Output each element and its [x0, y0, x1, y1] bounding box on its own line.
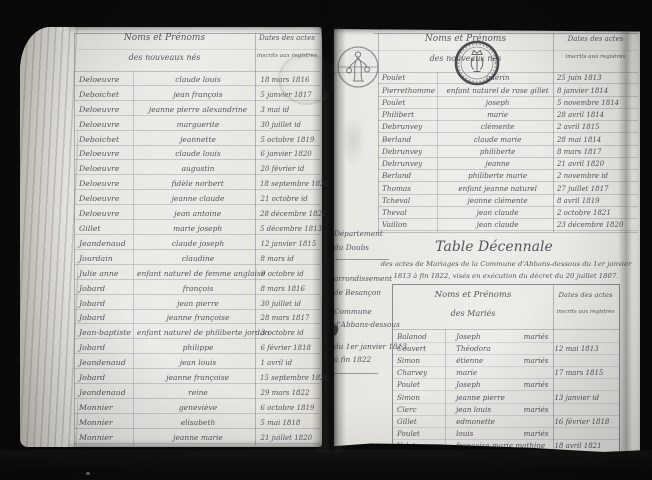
table-row: Debrunveyjeanne21 avril 1820	[378, 158, 638, 170]
table-row: Jobardjeanne françoise15 septembre 1820	[74, 369, 320, 384]
table-row: Jean-baptisteenfant naturel de philibert…	[74, 324, 320, 339]
book-edge	[20, 27, 78, 447]
surname-cell: Deloeuvre	[74, 194, 138, 203]
surname-cell: Monnier	[74, 433, 138, 442]
table-row: Deloeuvreclaude louis6 janvier 1820	[74, 146, 320, 161]
table-row: Berlandphiliberte marie2 novembre id	[378, 170, 638, 182]
date-cell: 21 juillet 1820	[259, 434, 321, 442]
date-cell: 13 janvier id	[552, 394, 619, 402]
table-row: Debrunveyphiliberte8 mars 1817	[378, 146, 638, 158]
givenname-cell: jeanne françoise	[137, 373, 258, 382]
date-cell: 28 décembre 1821	[258, 210, 320, 218]
table-row: Jeandenaudclaude joseph12 janvier 1815	[74, 235, 320, 250]
marriages-header-names-line1: Noms et Prénoms	[393, 290, 553, 300]
births-header-dates-line2: inscrits aux registres	[553, 54, 638, 60]
surname-cell: Deloeuvre	[74, 164, 138, 173]
surname-cell: Deboichet	[74, 135, 138, 144]
status-cell: mariés	[524, 332, 553, 341]
date-cell: 3 octobre id	[259, 329, 320, 337]
table-row: Jobardfrançois8 mars 1816	[74, 280, 320, 295]
givenname-cell: jean louis	[138, 358, 259, 367]
givenname-cell: Josephmariés	[448, 332, 552, 341]
surname-cell: Jourdain	[74, 254, 138, 263]
table-row: Deloeuvremarguerite30 juillet id	[74, 116, 320, 131]
margin-note: à fin 1822	[334, 355, 371, 364]
surname-cell: Balanod	[393, 332, 448, 341]
date-cell: 5 octobre 1819	[259, 136, 321, 144]
table-row: Deloeuvrefidèle norbert18 septembre 1820	[74, 175, 320, 190]
margin-note: Département	[334, 229, 383, 238]
surname-cell: Couvert	[393, 344, 448, 353]
date-cell: 5 novembre 1814	[555, 99, 638, 107]
table-row: Jobardphilippe6 février 1818	[74, 339, 320, 354]
births-table-left: Deloeuvreclaude louis18 mars 1816Deboich…	[74, 71, 320, 444]
date-cell: 5 janvier 1817	[259, 91, 321, 99]
givenname-cell: joseph	[440, 98, 555, 107]
givenname-cell: claudine	[138, 254, 259, 263]
date-cell: 6 février 1818	[259, 344, 321, 352]
surname-cell: Poulet	[393, 429, 448, 438]
table-row: Deloeuvrejeanne pierre alexandrine3 mai …	[74, 101, 320, 116]
givenname-cell: Théodora	[448, 344, 552, 353]
table-row: Deloeuvrejean antoine28 décembre 1821	[74, 205, 320, 220]
table-row: Monniergeneviève6 octobre 1819	[74, 399, 320, 414]
date-cell: 9 octobre id	[259, 270, 320, 278]
status-cell: mariés	[524, 405, 553, 414]
date-cell: 18 avril 1821	[552, 442, 619, 450]
givenname-cell: enfant jeanne naturel	[440, 184, 555, 193]
table-row: Deloeuvreaugustin20 février id	[74, 160, 320, 175]
table-row: Pouletguérin25 juin 1813	[378, 72, 638, 84]
givenname-cell: enfant naturel de philiberte jordan	[137, 328, 259, 337]
decennial-subtitle-line2: 1813 à fin 1822, visés en exécution du d…	[380, 272, 632, 280]
date-cell: 3 mai id	[259, 106, 321, 114]
date-cell: 2 avril 1815	[555, 123, 638, 131]
marriages-header-dates-line2: inscrits aux registres	[553, 309, 618, 315]
givenname-cell: geneviève	[138, 403, 259, 412]
givenname-cell: Josephmariés	[448, 380, 552, 389]
givenname-cell: louismariés	[448, 429, 552, 438]
births-header-names-line1: Noms et Prénoms	[74, 33, 255, 43]
table-row: Deloeuvrejeanne claude21 octobre id	[74, 190, 320, 205]
surname-cell: Jobard	[74, 299, 138, 308]
status-cell: mariés	[524, 356, 553, 365]
givenname-cell: jean françois	[138, 90, 259, 99]
givenname-cell: jeanne marie	[138, 433, 259, 442]
decennial-table-title: Table Décennale	[374, 239, 614, 255]
births-header-dates-line1: Dates des actes	[553, 35, 638, 43]
table-row: SimonétiennemariésCharveymarie17 mars 18…	[393, 355, 619, 379]
marriage-line-wife: CouvertThéodora12 mai 1813	[393, 343, 619, 355]
givenname-cell: enfant naturel de rose gillet	[440, 86, 555, 95]
left-page: Noms et Prénoms des nouveaux nés Dates d…	[20, 27, 322, 447]
surname-cell: Gillet	[74, 224, 137, 233]
surname-cell: Clerc	[393, 405, 448, 414]
surname-cell: Monnier	[74, 418, 138, 427]
status-cell: mariés	[524, 380, 553, 389]
marriage-line-husband: Simonétiennemariés	[393, 355, 619, 367]
surname-cell: Deloeuvre	[74, 105, 138, 114]
givenname-cell: fidèle norbert	[137, 179, 258, 188]
surname-cell: Jeandenaud	[74, 358, 138, 367]
givenname-cell: jeanne	[440, 159, 555, 168]
table-row: Deboichetjeannette5 octobre 1819	[74, 131, 320, 146]
surname-cell: Charvey	[393, 368, 448, 377]
givenname-cell: françois	[138, 284, 259, 293]
surname-cell: Monnier	[74, 403, 138, 412]
table-row: Jourdainclaudine8 mars id	[74, 250, 320, 265]
givenname-cell: marie	[448, 368, 552, 377]
givenname-cell: claude joseph	[138, 239, 259, 248]
givenname-cell: augustin	[138, 164, 259, 173]
marriage-line-husband: PouletJosephmariés	[393, 379, 619, 391]
date-cell: 17 mars 1815	[552, 369, 619, 377]
date-cell: 28 mai 1814	[555, 136, 638, 144]
givenname-cell: jeannette	[138, 135, 259, 144]
status-cell: mariés	[524, 429, 553, 438]
surname-cell: Jobard	[74, 373, 137, 382]
givenname-cell: guérin	[440, 73, 555, 82]
givenname-cell: edmonette	[448, 417, 552, 426]
table-row: Pouletjoseph5 novembre 1814	[378, 97, 638, 109]
margin-note: de Besançon	[334, 288, 381, 297]
date-cell: 15 septembre 1820	[258, 374, 320, 382]
date-cell: 2 octobre 1821	[555, 209, 638, 217]
date-cell: 12 mai 1813	[552, 345, 619, 353]
date-cell: 18 mars 1816	[259, 76, 321, 84]
date-cell: 29 mars 1822	[259, 389, 321, 397]
given-name: Joseph	[456, 332, 480, 341]
date-cell: 8 mars 1816	[259, 285, 321, 293]
table-row: Monnierelisabeth5 mai 1818	[74, 414, 320, 429]
surname-cell: Simon	[393, 393, 448, 402]
date-cell: 8 mars 1817	[555, 148, 638, 156]
date-cell: 12 janvier 1815	[259, 240, 321, 248]
surname-cell: Deloeuvre	[74, 75, 138, 84]
surname-cell: Jeandenaud	[74, 388, 138, 397]
surname-cell: Simon	[393, 356, 448, 365]
given-name: étienne	[456, 356, 483, 365]
surname-cell: Jeandenaud	[74, 239, 138, 248]
date-cell: 8 janvier 1814	[555, 87, 638, 95]
table-row: Vaillonjean claude23 décembre 1820	[378, 219, 638, 231]
date-cell: 21 octobre id	[259, 195, 321, 203]
givenname-cell: claude louis	[138, 75, 259, 84]
table-row: Deloeuvreclaude louis18 mars 1816	[74, 71, 320, 86]
marriages-rows: BalanodJosephmariésCouvertThéodora12 mai…	[393, 331, 619, 452]
givenname-cell: philippe	[138, 343, 259, 352]
margin-dash	[334, 373, 378, 374]
surname-cell: Deloeuvre	[74, 179, 137, 188]
table-row: Thevaljean claude2 octobre 1821	[378, 207, 638, 219]
table-row: Philibertmarie28 avril 1814	[378, 109, 638, 121]
date-cell: 6 janvier 1820	[259, 150, 321, 158]
table-row: Pierrethommeenfant naturel de rose gille…	[378, 84, 638, 96]
table-row: PouletlouismariésValotfrançoise marie ma…	[393, 428, 619, 452]
table-row: Tchevaljeanne clémente8 avril 1819	[378, 195, 638, 207]
date-cell: 16 février 1818	[552, 418, 619, 426]
givenname-cell: jeanne françoise	[138, 313, 259, 322]
givenname-cell: jean louismariés	[448, 405, 552, 414]
date-cell: 5 mai 1818	[259, 419, 321, 427]
date-cell: 27 juillet 1817	[555, 185, 638, 193]
surname-cell: Poulet	[393, 380, 448, 389]
table-row: Jobardjean pierre30 juillet id	[74, 295, 320, 310]
margin-note: du Doubs	[334, 243, 369, 252]
surname-cell: Jean-baptiste	[74, 328, 137, 337]
givenname-cell: philiberte marie	[440, 171, 555, 180]
table-row: BalanodJosephmariésCouvertThéodora12 mai…	[393, 331, 619, 355]
births-header-dates-line2: inscrits aux registres	[255, 53, 319, 59]
date-cell: 23 décembre 1820	[555, 221, 638, 229]
date-cell: 8 mars id	[259, 255, 321, 263]
givenname-cell: jean antoine	[137, 209, 258, 218]
table-row: Jeandenaudjean louis1 avril id	[74, 354, 320, 369]
right-page: Noms et Prénoms des nouveaux nés Dates d…	[334, 29, 640, 452]
givenname-cell: claude louis	[138, 149, 259, 158]
givenname-cell: jeanne pierre alexandrine	[138, 105, 259, 114]
surname-cell: Jobard	[74, 343, 138, 352]
givenname-cell: marie	[440, 110, 555, 119]
surname-cell: Deloeuvre	[74, 209, 137, 218]
given-name: jean louis	[456, 405, 491, 414]
decennial-subtitle-line1: des actes de Mariages de la Commune d'Ab…	[380, 260, 632, 268]
date-cell: 25 juin 1813	[555, 74, 638, 82]
date-cell: 6 octobre 1819	[259, 404, 321, 412]
surname-cell: Jobard	[74, 284, 138, 293]
surname-cell: Deloeuvre	[74, 149, 138, 158]
table-row: Thomasenfant jeanne naturel27 juillet 18…	[378, 182, 638, 194]
marriage-line-wife: Charveymarie17 mars 1815	[393, 367, 619, 379]
marriages-header-dates-line1: Dates des actes	[553, 291, 618, 299]
marriage-line-husband: Pouletlouismariés	[393, 428, 619, 440]
givenname-cell: jean pierre	[138, 299, 259, 308]
margin-note: Commune	[334, 307, 372, 316]
surname-cell: Jobard	[74, 313, 138, 322]
surname-cell: Julie anne	[74, 269, 137, 278]
givenname-cell: reine	[138, 388, 259, 397]
table-row: Gilletmarie joseph5 décembre 1813	[74, 220, 320, 235]
date-cell: 5 décembre 1813	[258, 225, 320, 233]
births-table-right: Pouletguérin25 juin 1813Pierrethommeenfa…	[378, 72, 638, 231]
table-row: Jobardjeanne françoise28 mars 1817	[74, 310, 320, 325]
header-mid-rule	[78, 49, 320, 50]
given-name: Joseph	[456, 380, 480, 389]
surname-cell: Gillet	[393, 417, 448, 426]
births-header-names-line2: des nouveaux nés	[74, 53, 255, 62]
date-cell: 30 juillet id	[259, 121, 321, 129]
date-cell: 8 avril 1819	[555, 197, 638, 205]
date-cell: 18 septembre 1820	[258, 180, 320, 188]
table-row: PouletJosephmariésSimonjeanne pierre13 j…	[393, 379, 619, 403]
surname-cell: Valot	[393, 441, 448, 450]
register-photograph: Noms et Prénoms des nouveaux nés Dates d…	[0, 0, 652, 480]
givenname-cell: étiennemariés	[448, 356, 552, 365]
givenname-cell: marie joseph	[137, 224, 258, 233]
givenname-cell: clémente	[440, 122, 555, 131]
table-row: Julie anneenfant naturel de femme anglai…	[74, 265, 320, 280]
header-bottom-rule	[393, 329, 619, 330]
givenname-cell: elisabeth	[138, 418, 259, 427]
date-cell: 30 juillet id	[259, 300, 321, 308]
marriages-header-names-line2: des Mariés	[393, 309, 553, 318]
givenname-cell: françoise marie mathine	[448, 441, 552, 450]
marriages-table: Noms et Prénoms des Mariés Dates des act…	[392, 284, 620, 454]
given-name: louis	[456, 429, 473, 438]
date-cell: 2 novembre id	[555, 172, 638, 180]
table-row: Monnierjeanne marie21 juillet 1820	[74, 429, 320, 444]
table-row: Clercjean louismariésGilletedmonette16 f…	[393, 404, 619, 428]
surname-cell: Deloeuvre	[74, 120, 138, 129]
givenname-cell: jeanne pierre	[448, 393, 552, 402]
date-cell: 28 avril 1814	[555, 111, 638, 119]
marriage-line-husband: Clercjean louismariés	[393, 404, 619, 416]
table-row: Berlandclaude marie28 mai 1814	[378, 133, 638, 145]
date-cell: 1 avril id	[259, 359, 321, 367]
births-header-dates-line1: Dates des actes	[255, 34, 319, 42]
givenname-cell: claude marie	[440, 135, 555, 144]
givenname-cell: enfant naturel de femme anglaise	[137, 269, 259, 278]
margin-note: d'Abbans-dessous	[334, 320, 400, 329]
marriage-line-husband: BalanodJosephmariés	[393, 331, 619, 343]
date-cell: 20 février id	[259, 165, 321, 173]
surname-cell: Deboichet	[74, 90, 138, 99]
table-row: Deboichetjean françois5 janvier 1817	[74, 86, 320, 101]
table-row: Debrunveyclémente2 avril 1815	[378, 121, 638, 133]
marriage-line-wife: Gilletedmonette16 février 1818	[393, 416, 619, 428]
givenname-cell: jeanne clémente	[440, 196, 555, 205]
marriage-line-wife: Simonjeanne pierre13 janvier id	[393, 391, 619, 403]
givenname-cell: jeanne claude	[138, 194, 259, 203]
givenname-cell: jean claude	[440, 220, 555, 229]
births-table-bottom-rule	[378, 232, 638, 233]
table-row: Jeandenaudreine29 mars 1822	[74, 384, 320, 399]
photo-background	[0, 450, 652, 480]
givenname-cell: marguerite	[138, 120, 259, 129]
date-cell: 28 mars 1817	[259, 314, 321, 322]
givenname-cell: philiberte	[440, 147, 555, 156]
date-cell: 21 avril 1820	[555, 160, 638, 168]
givenname-cell: jean claude	[440, 208, 555, 217]
